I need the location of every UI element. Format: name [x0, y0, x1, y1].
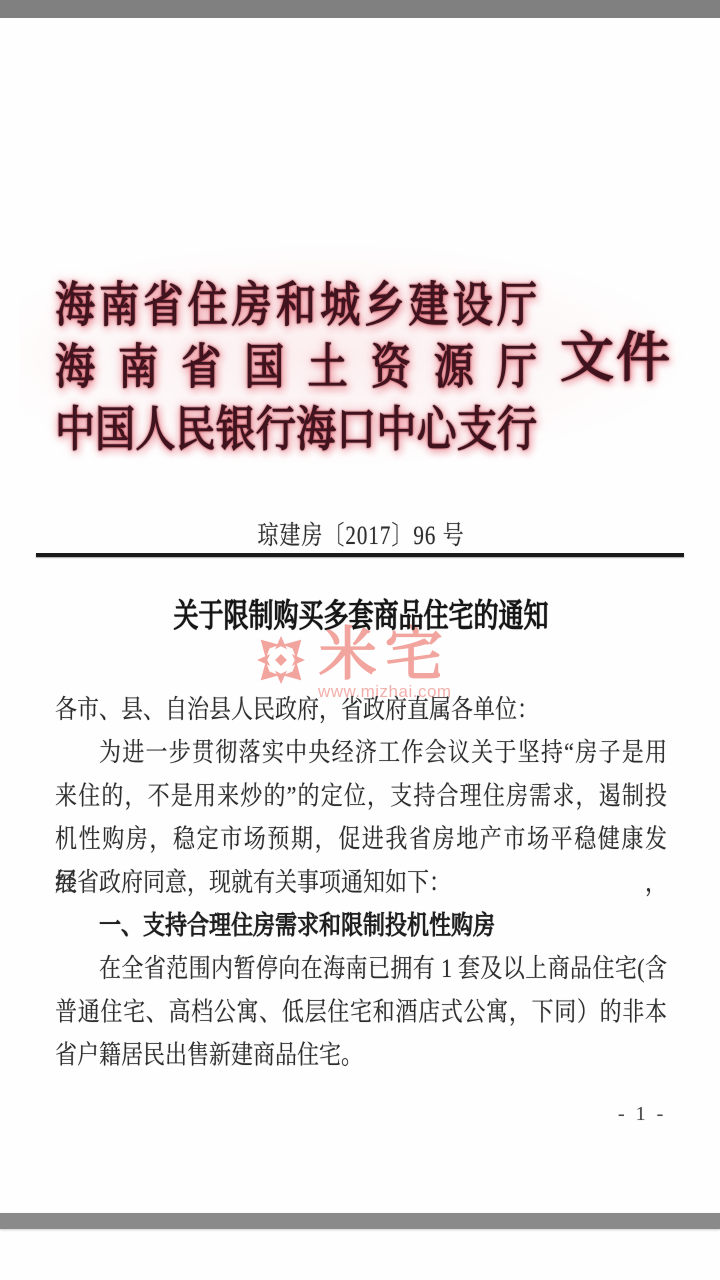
mizhai-pinwheel-icon [250, 630, 312, 695]
document-body: 各市、县、自治县人民政府，省政府直属各单位： 为进一步贯彻落实中央经济工作会议关… [55, 688, 667, 1077]
viewer-top-bar [0, 0, 720, 18]
para2-line-3: 省户籍居民出售新建商品住宅。 [55, 1034, 667, 1077]
para1-line-3: 机性购房，稳定市场预期，促进我省房地产市场平稳健康发展， [55, 818, 667, 861]
page-number: - 1 - [618, 1103, 666, 1126]
issuer-line-3: 中国人民银行海口中心支行 [55, 399, 537, 461]
document-title: 关于限制购买多套商品住宅的通知 [55, 599, 667, 634]
scanned-document-page: 海南省住房和城乡建设厅 海南省国土资源厅 中国人民银行海口中心支行 文件 琼建房… [0, 0, 720, 1280]
viewer-bottom-bar [0, 1213, 720, 1229]
para1-line-1: 为进一步贯彻落实中央经济工作会议关于坚持“房子是用 [55, 731, 667, 774]
doc-type-label: 文件 [560, 330, 672, 386]
watermark-brand: 米宅 [319, 628, 451, 682]
letterhead-divider-rule [36, 553, 684, 557]
letterhead-issuers: 海南省住房和城乡建设厅 海南省国土资源厅 中国人民银行海口中心支行 [55, 274, 537, 461]
issuer-line-2: 海南省国土资源厅 [55, 336, 537, 398]
para1-line-2: 来住的，不是用来炒的”的定位，支持合理住房需求，遏制投 [55, 774, 667, 817]
para2-line-1: 在全省范围内暂停向在海南已拥有 1 套及以上商品住宅(含 [55, 947, 667, 990]
salutation-line: 各市、县、自治县人民政府，省政府直属各单位： [55, 688, 667, 731]
doc-number: 琼建房〔2017〕96 号 [55, 515, 667, 553]
section-heading: 一、支持合理住房需求和限制投机性购房 [55, 904, 667, 947]
para2-line-2: 普通住宅、高档公寓、低层住宅和酒店式公寓，下同）的非本 [55, 990, 667, 1033]
issuer-line-1: 海南省住房和城乡建设厅 [55, 274, 537, 336]
